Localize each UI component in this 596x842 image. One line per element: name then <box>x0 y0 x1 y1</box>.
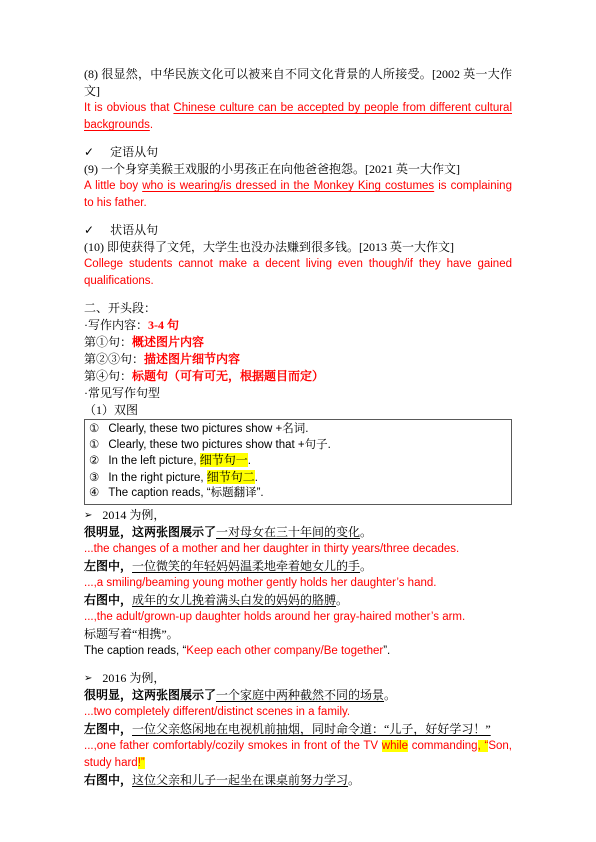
ex2014-line1-bold: 很明显，这两张图展示了 <box>84 525 216 539</box>
sub-label-double-picture: （1）双图 <box>84 402 512 419</box>
attributive-clause-title: 定语从句 <box>110 145 158 159</box>
item9-en-underlined: who is wearing/is dressed in the Monkey … <box>142 180 434 192</box>
opening-content-label: ·写作内容： <box>84 318 148 332</box>
item9-en-prefix: A little boy <box>84 180 142 192</box>
pattern-item: ③In the right picture, 细节句二. <box>89 470 507 487</box>
ex2016-line1-bold: 很明显，这两张图展示了 <box>84 688 216 702</box>
opening-content-value: 3-4 句 <box>148 318 179 332</box>
circled-number: ① <box>89 422 99 438</box>
item9-english: A little boy who is wearing/is dressed i… <box>84 178 512 212</box>
ex2016-line3-underlined: 这位父亲和儿子一起坐在课桌前努力学习 <box>132 773 348 787</box>
ex2016-line3-zh: 右图中，这位父亲和儿子一起坐在课桌前努力学习。 <box>84 772 512 789</box>
item8-en-prefix: It is obvious that <box>84 102 173 114</box>
ex2016-line2-bold: 左图中， <box>84 722 132 736</box>
pattern-text: The caption reads, “标题翻译”. <box>108 487 263 499</box>
sentence23-value: 描述图片细节内容 <box>144 352 240 366</box>
ex2016-line2-en-seg2: commanding <box>408 740 478 752</box>
patterns-label: ·常见写作句型 <box>84 385 512 402</box>
pattern-tail: . <box>255 472 258 484</box>
ex2014-line1-period: 。 <box>360 525 372 539</box>
sentence-pattern-box: ①Clearly, these two pictures show +名词. ①… <box>84 419 512 505</box>
check-icon: ✓ <box>84 144 94 161</box>
sentence4-label: 第④句： <box>84 369 132 383</box>
ex2016-line2-underlined: 一位父亲悠闲地在电视机前抽烟，同时命令道：“儿子，好好学习！” <box>132 722 491 736</box>
item10-chinese: (10) 即使获得了文凭，大学生也没办法赚到很多钱。[2013 英一大作文] <box>84 239 512 256</box>
blank-line <box>84 212 512 222</box>
arrow-bullet-icon: ➢ <box>84 507 92 524</box>
example-2016-heading: ➢2016 为例， <box>84 670 512 687</box>
blank-line <box>84 134 512 144</box>
adverbial-clause-title: 状语从句 <box>110 223 158 237</box>
ex2016-line2-en: ...,one father comfortably/cozily smokes… <box>84 738 512 772</box>
example-2014-title: 2014 为例， <box>102 508 165 522</box>
item8-en-period: . <box>150 119 153 131</box>
ex2016-line1-en: ...two completely different/distinct sce… <box>84 704 512 721</box>
ex2014-line1-en: ...the changes of a mother and her daugh… <box>84 541 512 558</box>
ex2014-line2-en: ...,a smiling/beaming young mother gentl… <box>84 575 512 592</box>
ex2016-line2-en-highlight3: !” <box>138 757 145 769</box>
ex2014-line3-en: ...,the adult/grown-up daughter holds ar… <box>84 609 512 626</box>
ex2014-line3-period: 。 <box>336 593 348 607</box>
item8-chinese: (8) 很显然，中华民族文化可以被来自不同文化背景的人所接受。[2002 英一大… <box>84 66 512 100</box>
sentence23-line: 第②③句：描述图片细节内容 <box>84 351 512 368</box>
pattern-item: ②In the left picture, 细节句一. <box>89 453 507 470</box>
ex2016-line1-period: 。 <box>384 688 396 702</box>
ex2014-line3-zh: 右图中，成年的女儿挽着满头白发的妈妈的胳膊。 <box>84 592 512 609</box>
ex2014-line1-zh: 很明显，这两张图展示了一对母女在三十年间的变化。 <box>84 524 512 541</box>
sentence4-value: 标题句（可有可无，根据题目而定） <box>132 369 324 383</box>
document-page: (8) 很显然，中华民族文化可以被来自不同文化背景的人所接受。[2002 英一大… <box>0 0 596 842</box>
pattern-text: In the right picture, <box>108 472 206 484</box>
ex2016-line1-underlined: 一个家庭中两种截然不同的场景 <box>216 688 384 702</box>
arrow-bullet-icon: ➢ <box>84 670 92 687</box>
opening-section-title: 二、开头段： <box>84 300 512 317</box>
sentence23-label: 第②③句： <box>84 352 144 366</box>
pattern-text: Clearly, these two pictures show +名词. <box>108 423 308 435</box>
item9-chinese: (9) 一个身穿美猴王戏服的小男孩正在向他爸爸抱怨。[2021 英一大作文] <box>84 161 512 178</box>
pattern-item: ①Clearly, these two pictures show +名词. <box>89 422 507 438</box>
blank-line <box>84 660 512 670</box>
pattern-highlight: 细节句二 <box>207 470 255 484</box>
sentence1-label: 第①句： <box>84 335 132 349</box>
ex2016-line3-period: 。 <box>348 773 360 787</box>
attributive-clause-heading: ✓定语从句 <box>84 144 512 161</box>
circled-number: ④ <box>89 486 99 502</box>
item8-english: It is obvious that Chinese culture can b… <box>84 100 512 134</box>
pattern-text: Clearly, these two pictures show that +句… <box>108 439 331 451</box>
sentence4-line: 第④句：标题句（可有可无，根据题目而定） <box>84 368 512 385</box>
ex2014-line3-underlined: 成年的女儿挽着满头白发的妈妈的胳膊 <box>132 593 336 607</box>
ex2014-caption-en-red: Keep each other company/Be together <box>186 645 383 657</box>
adverbial-clause-heading: ✓状语从句 <box>84 222 512 239</box>
ex2014-line2-period: 。 <box>360 559 372 573</box>
ex2014-caption-en-suffix: ”. <box>383 645 390 657</box>
ex2016-line2-zh: 左图中，一位父亲悠闲地在电视机前抽烟，同时命令道：“儿子，好好学习！” <box>84 721 512 738</box>
ex2014-line2-underlined: 一位微笑的年轻妈妈温柔地牵着她女儿的手 <box>132 559 360 573</box>
circled-number: ③ <box>89 471 99 487</box>
pattern-text: In the left picture, <box>108 455 199 467</box>
ex2014-line1-underlined: 一对母女在三十年间的变化 <box>216 525 360 539</box>
item10-english: College students cannot make a decent li… <box>84 256 512 290</box>
pattern-item: ①Clearly, these two pictures show that +… <box>89 438 507 454</box>
check-icon: ✓ <box>84 222 94 239</box>
ex2014-caption-zh: 标题写着“相携”。 <box>84 626 512 643</box>
ex2014-caption-en: The caption reads, “Keep each other comp… <box>84 643 512 660</box>
pattern-tail: . <box>248 455 251 467</box>
circled-number: ① <box>89 438 99 454</box>
circled-number: ② <box>89 454 99 470</box>
sentence1-line: 第①句：概述图片内容 <box>84 334 512 351</box>
blank-line <box>84 290 512 300</box>
pattern-item: ④The caption reads, “标题翻译”. <box>89 486 507 502</box>
ex2016-line2-en-highlight1: while <box>382 740 408 752</box>
ex2014-caption-en-prefix: The caption reads, “ <box>84 645 186 657</box>
sentence1-value: 概述图片内容 <box>132 335 204 349</box>
example-2016-title: 2016 为例， <box>102 671 165 685</box>
pattern-highlight: 细节句一 <box>200 453 248 467</box>
ex2016-line2-en-highlight2: , “ <box>478 740 489 752</box>
ex2014-line2-bold: 左图中， <box>84 559 132 573</box>
example-2014-heading: ➢2014 为例， <box>84 507 512 524</box>
ex2016-line1-zh: 很明显，这两张图展示了一个家庭中两种截然不同的场景。 <box>84 687 512 704</box>
ex2014-line2-zh: 左图中，一位微笑的年轻妈妈温柔地牵着她女儿的手。 <box>84 558 512 575</box>
ex2014-line3-bold: 右图中， <box>84 593 132 607</box>
ex2016-line3-bold: 右图中， <box>84 773 132 787</box>
ex2016-line2-en-seg1: ...,one father comfortably/cozily smokes… <box>84 740 382 752</box>
opening-content-line: ·写作内容：3-4 句 <box>84 317 512 334</box>
